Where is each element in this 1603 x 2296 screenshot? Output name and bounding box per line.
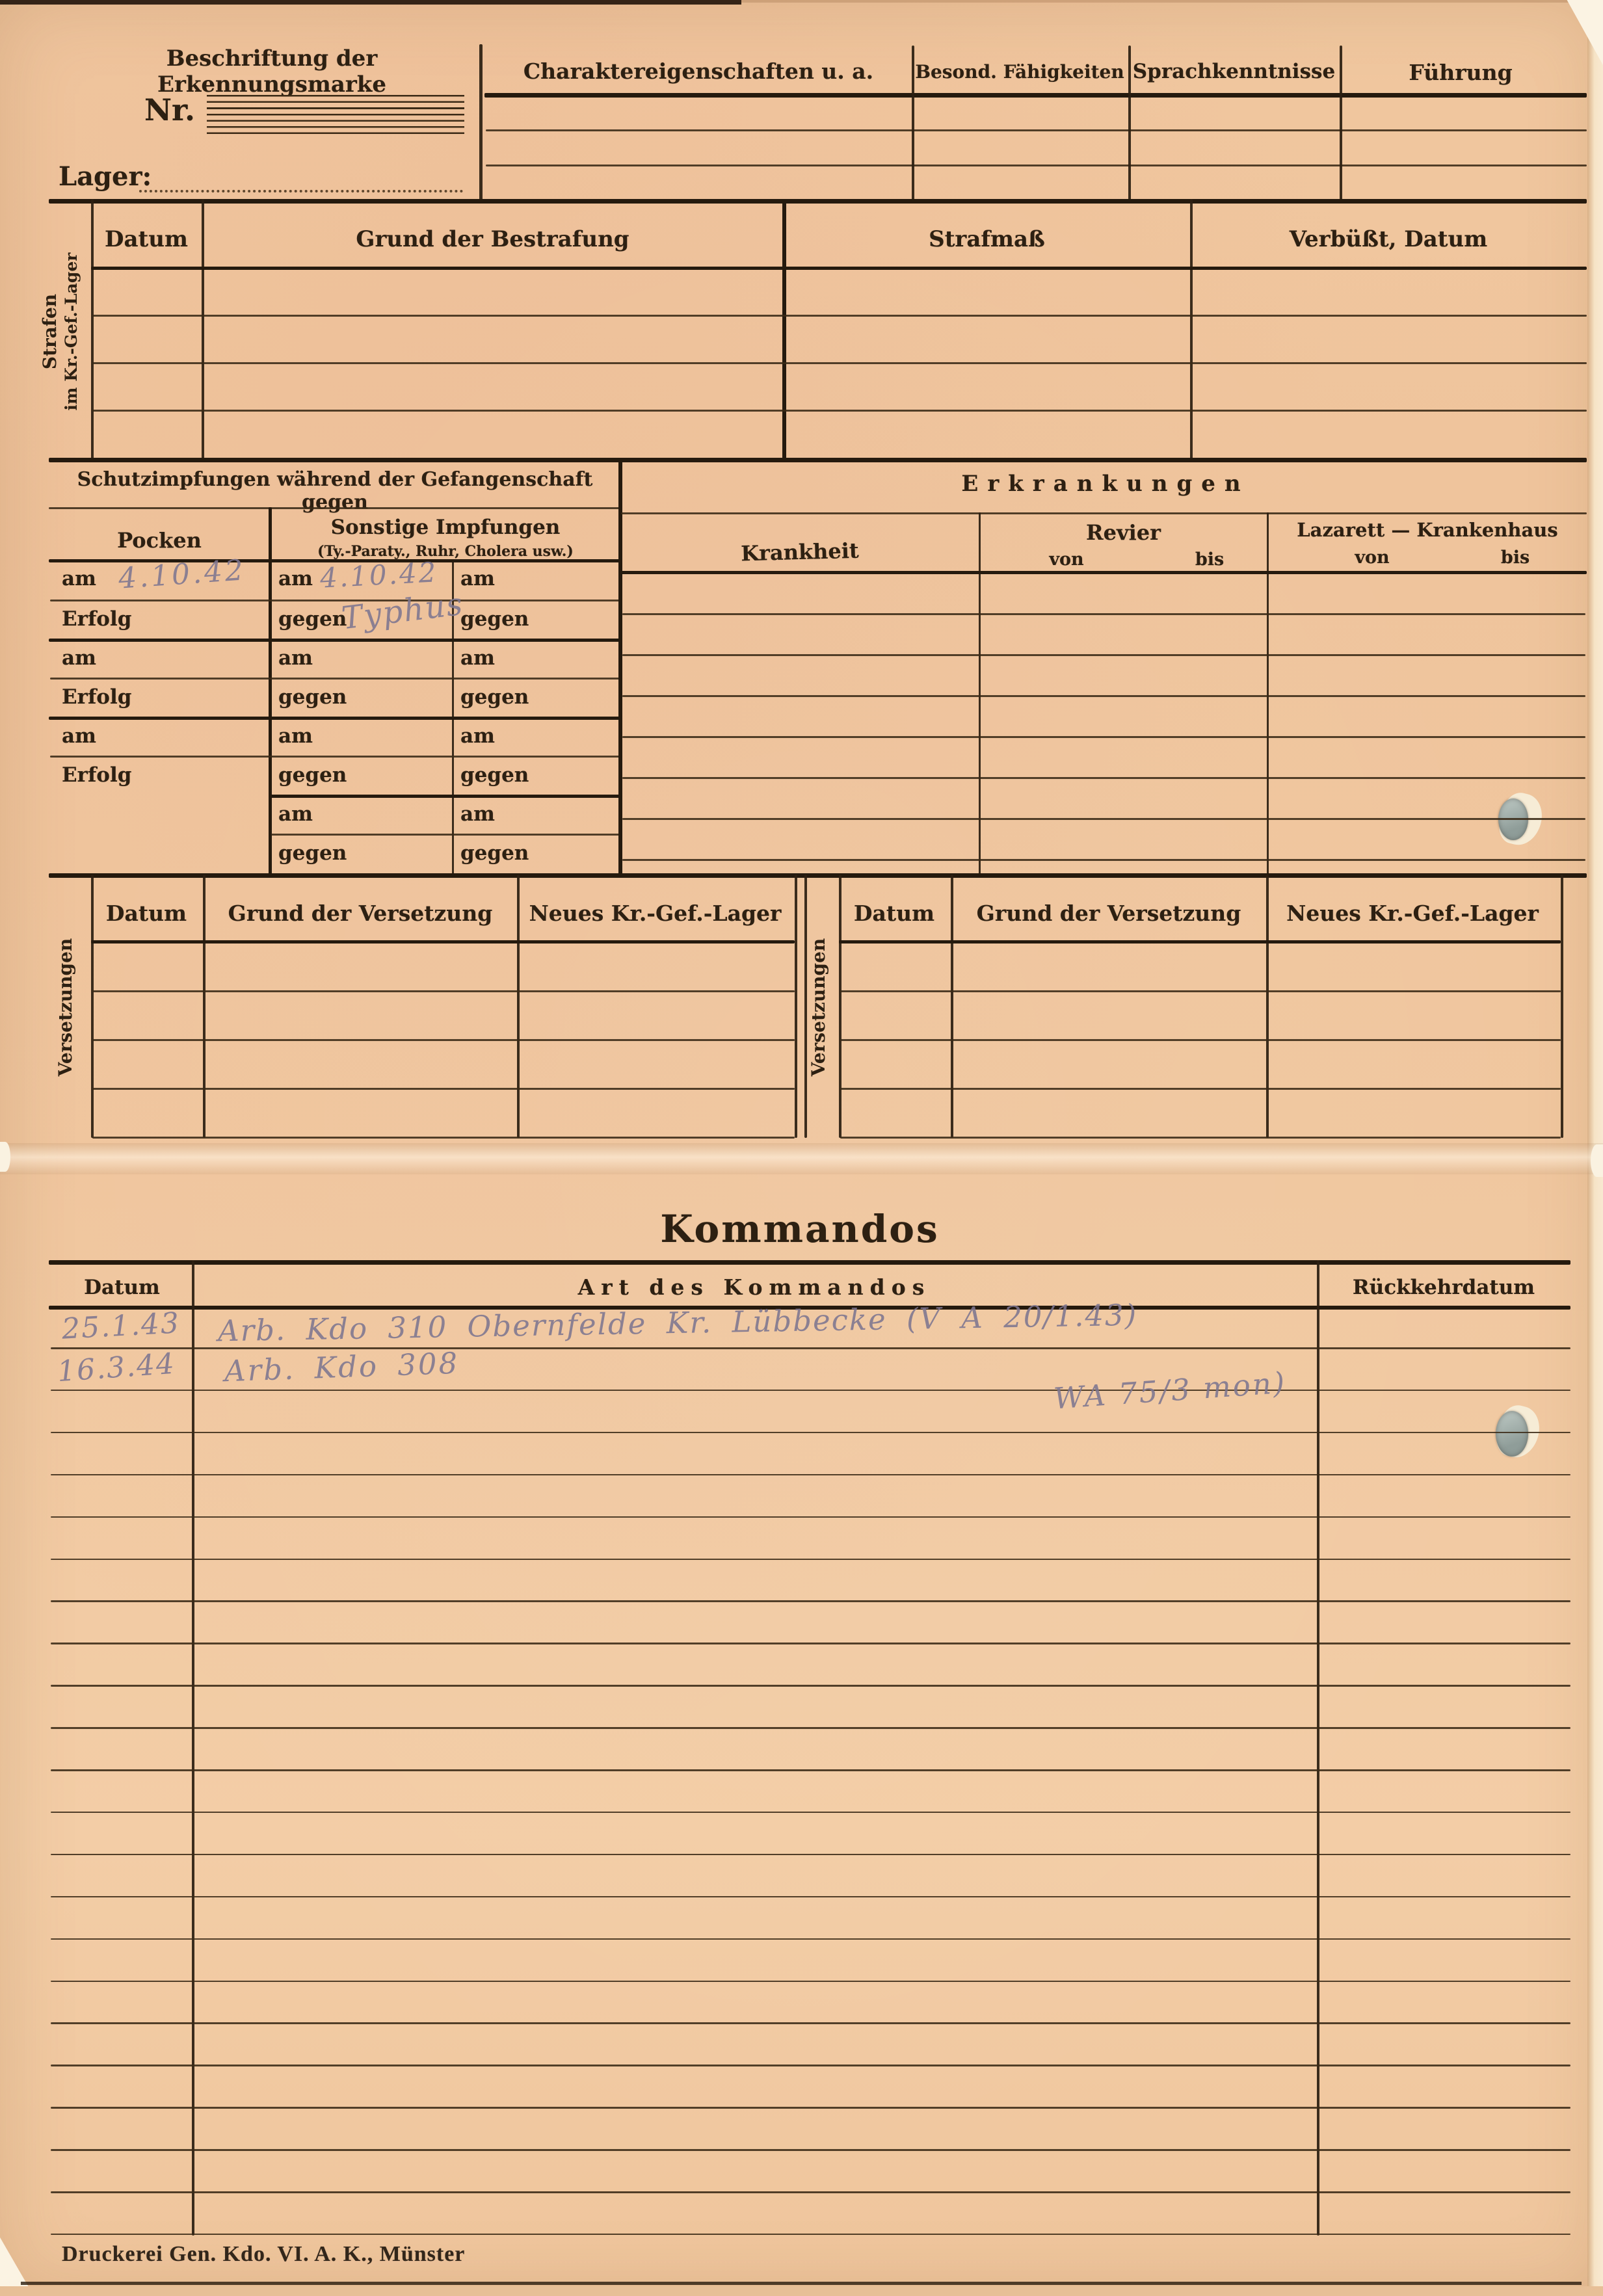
- ruled-line: [51, 1643, 1570, 1644]
- erkennungsmarke-number-ruled-lines: [207, 95, 464, 138]
- ruled-line: [622, 777, 1585, 779]
- erkrankungen-title-rule: [621, 512, 1587, 514]
- impfungen-am-label: am: [62, 724, 96, 748]
- versetzungen-row-line: [840, 990, 1561, 992]
- eigenschaften-col-divider: [1128, 46, 1131, 200]
- versetzungen-left-col-divider: [203, 875, 205, 1138]
- erkrankungen-revier-von: von: [1031, 549, 1102, 570]
- erkrankungen-header-lazarett: Lazarett — Krankenhaus: [1271, 519, 1583, 541]
- erkrankungen-col-divider: [1267, 512, 1269, 875]
- erkennungsmarke-title: Beschriftung der Erkennungsmarke: [57, 46, 486, 98]
- crease-notch-right: [1591, 1144, 1603, 1177]
- erkrankungen-col-divider: [979, 512, 981, 875]
- versetzungen-right-left-edge: [804, 875, 807, 1138]
- eigenschaften-row-line: [486, 165, 1587, 166]
- erkrankungen-title: Erkrankungen: [624, 471, 1587, 497]
- impfungen-header-sonstige-sub: (Ty.-Paraty., Ruhr, Cholera usw.): [273, 543, 618, 560]
- impfungen-am-label: am: [278, 567, 313, 590]
- crease-notch-left: [0, 1142, 10, 1172]
- punch-hole: [1496, 792, 1544, 849]
- impfungen-erfolg-label: Erfolg: [62, 607, 131, 631]
- ruled-line: [51, 2191, 1570, 2193]
- impfungen-am-label: am: [460, 724, 495, 748]
- versetzungen-left-right-edge: [795, 875, 797, 1138]
- versetzungen-left-sidelabel-divider: [91, 875, 94, 1138]
- punch-hole-opening: [1498, 798, 1528, 840]
- impfungen-erfolg-label: Erfolg: [62, 763, 131, 787]
- ruled-line: [622, 859, 1585, 861]
- versetzungen-bottom-line: [92, 1137, 795, 1139]
- impfungen-am-label: am: [278, 724, 313, 748]
- strafen-side-label-line1: Strafen: [39, 202, 61, 462]
- impfungen-am-label: am: [460, 567, 495, 590]
- ruled-line: [622, 654, 1585, 656]
- ruled-line: [51, 1769, 1570, 1771]
- ruled-line: [51, 1390, 1570, 1392]
- impfungen-header-sonstige: Sonstige Impfungen: [273, 516, 618, 539]
- versetzungen-header-grund: Grund der Versetzung: [956, 901, 1262, 926]
- versetzungen-right-col-divider: [951, 875, 953, 1138]
- strafen-header-rule: [91, 267, 1587, 270]
- kommandos-header-rueckkehrdatum: Rückkehrdatum: [1323, 1276, 1564, 1299]
- strafen-side-label-line2: im Kr.-Gef.-Lager: [61, 202, 82, 462]
- erkrankungen-lazarett-bis: bis: [1486, 548, 1544, 568]
- kommandos-header-datum: Datum: [62, 1276, 182, 1299]
- ruled-line: [51, 1854, 1570, 1856]
- strafen-header-datum: Datum: [94, 226, 198, 252]
- versetzungen-row-line: [92, 1088, 795, 1090]
- kommandos-col-divider: [192, 1260, 194, 2236]
- versetzungen-right-right-edge: [1561, 875, 1563, 1138]
- versetzungen-header-neues-lager: Neues Kr.-Gef.-Lager: [520, 901, 790, 926]
- versetzungen-side-label: Versetzungen: [808, 884, 835, 1131]
- impfungen-erkrankungen-divider: [618, 458, 622, 875]
- strafen-bottom-rule: [49, 458, 1587, 462]
- versetzungen-row-line: [92, 1039, 795, 1041]
- scan-top-edge-light: [741, 0, 1603, 3]
- erkrankungen-header-krankheit: Krankheit: [683, 536, 918, 567]
- fold-crease: [0, 1143, 1603, 1174]
- ruled-line: [51, 2107, 1570, 2109]
- kommandos-top-rule: [49, 1260, 1570, 1265]
- versetzungen-header-rule: [91, 940, 795, 943]
- impfungen-row-line: [50, 600, 621, 601]
- erkrankungen-header-rule: [621, 571, 1587, 574]
- strafen-col-divider: [782, 199, 786, 459]
- ruled-line: [51, 2149, 1570, 2151]
- versetzungen-header-datum: Datum: [94, 901, 198, 926]
- versetzungen-right-sidelabel-divider: [839, 875, 841, 1138]
- versetzungen-row-line: [840, 1088, 1561, 1090]
- ruled-line: [622, 818, 1585, 820]
- impfungen-group-rule: [270, 795, 621, 798]
- printer-imprint: Druckerei Gen. Kdo. VI. A. K., Münster: [62, 2242, 465, 2267]
- strafen-col-divider: [202, 199, 204, 459]
- ruled-line: [51, 1812, 1570, 1814]
- impfungen-erfolg-label: Erfolg: [62, 685, 131, 709]
- versetzungen-header-neues-lager: Neues Kr.-Gef.-Lager: [1269, 901, 1556, 926]
- paper-bottom-edge: [21, 2282, 1582, 2285]
- ruled-line: [51, 1516, 1570, 1518]
- impfungen-row-line: [50, 756, 621, 758]
- strafen-top-rule: [49, 199, 1587, 204]
- versetzungen-side-label: Versetzungen: [55, 884, 82, 1131]
- strafen-row-line: [92, 362, 1587, 364]
- ruled-line: [51, 1896, 1570, 1898]
- impfungen-row-line: [50, 678, 621, 680]
- ruled-line: [51, 1432, 1570, 1434]
- header-fuehrung: Führung: [1344, 60, 1578, 85]
- versetzungen-row-line: [92, 990, 795, 992]
- handwriting-kommando-2-art: Arb. Kdo 308: [224, 1346, 460, 1389]
- eigenschaften-header-rule: [484, 93, 1587, 98]
- versetzungen-header-rule: [839, 940, 1561, 943]
- versetzungen-bottom-line: [840, 1137, 1561, 1139]
- impfungen-gegen-label: gegen: [460, 763, 529, 787]
- strafen-side-label: Strafen im Kr.-Gef.-Lager: [39, 202, 94, 462]
- scan-bottom-strip: [0, 2286, 1603, 2296]
- ruled-line: [51, 2234, 1570, 2236]
- lager-dotted-line: [139, 168, 463, 192]
- handwriting-kommando-2-datum: 16.3.44: [56, 1347, 176, 1389]
- impfungen-am-label: am: [62, 567, 96, 590]
- impfungen-gegen-label: gegen: [278, 841, 347, 865]
- ruled-line: [51, 1938, 1570, 1940]
- eigenschaften-col-divider: [912, 46, 914, 200]
- handwriting-kommando-2-note: WA 75/3 mon): [1053, 1366, 1288, 1416]
- strafen-header-grund: Grund der Bestrafung: [205, 226, 780, 252]
- kommandos-header-art: Art des Kommandos: [488, 1274, 1021, 1300]
- ruled-line: [622, 736, 1585, 738]
- ruled-line: [51, 1559, 1570, 1561]
- ruled-line: [51, 1600, 1570, 1602]
- ruled-line: [51, 1685, 1570, 1687]
- versetzungen-right-col-divider: [1266, 875, 1269, 1138]
- impfungen-row-line: [271, 834, 621, 836]
- impfungen-am-label: am: [460, 646, 495, 670]
- impfungen-gegen-label: gegen: [460, 841, 529, 865]
- strafen-header-strafmass: Strafmaß: [787, 226, 1187, 252]
- impfungen-title-rule: [49, 507, 621, 509]
- versetzungen-row-line: [840, 1039, 1561, 1041]
- strafen-row-line: [92, 410, 1587, 412]
- ruled-line: [51, 1347, 1570, 1349]
- pow-record-card-scan: Beschriftung der Erkennungsmarke Nr. Lag…: [0, 0, 1603, 2296]
- punch-hole: [1493, 1405, 1544, 1464]
- ruled-line: [51, 1474, 1570, 1476]
- strafen-header-verbuesst: Verbüßt, Datum: [1193, 226, 1583, 252]
- eigenschaften-row-line: [486, 129, 1587, 131]
- erkrankungen-revier-bis: bis: [1180, 549, 1239, 570]
- impfungen-am-label: am: [460, 802, 495, 826]
- header-charaktereigenschaften: Charaktereigenschaften u. a.: [489, 59, 908, 84]
- erkrankungen-lazarett-von: von: [1340, 548, 1405, 568]
- scan-top-edge: [0, 0, 741, 5]
- ruled-line: [622, 613, 1585, 615]
- handwriting-sonstige-gegen: Typhus: [339, 586, 466, 637]
- header-besond-faehigkeiten: Besond. Fähigkeiten: [914, 61, 1125, 83]
- erkrankungen-header-revier: Revier: [982, 520, 1265, 545]
- lager-label: Lager:: [59, 161, 152, 192]
- handwriting-kommando-1-datum: 25.1.43: [61, 1306, 181, 1345]
- impfungen-group-rule: [49, 717, 621, 720]
- versetzungen-header-datum: Datum: [842, 901, 946, 926]
- impfungen-group-rule: [49, 639, 621, 642]
- impfungen-gegen-label: gegen: [278, 763, 347, 787]
- versetzungen-left-col-divider: [517, 875, 520, 1138]
- strafen-col-divider: [1190, 199, 1193, 459]
- header-sprachkenntnisse: Sprachkenntnisse: [1132, 60, 1336, 83]
- impfungen-am-label: am: [278, 802, 313, 826]
- nr-label: Nr.: [144, 92, 195, 127]
- impfungen-am-label: am: [62, 646, 96, 670]
- kommandos-title: Kommandos: [637, 1207, 962, 1251]
- ruled-line: [51, 1727, 1570, 1729]
- divider-erkennungsmarke-right: [479, 44, 483, 200]
- versetzungen-header-grund: Grund der Versetzung: [208, 901, 512, 926]
- impfungen-gegen-label: gegen: [460, 685, 529, 709]
- impfungen-gegen-label: gegen: [278, 607, 347, 631]
- ruled-line: [51, 2022, 1570, 2024]
- versetzungen-top-rule: [49, 873, 1587, 878]
- strafen-row-line: [92, 315, 1587, 317]
- ruled-line: [622, 695, 1585, 697]
- kommandos-col-divider: [1317, 1260, 1319, 2236]
- impfungen-am-label: am: [278, 646, 313, 670]
- impfungen-header-pocken: Pocken: [62, 528, 257, 553]
- eigenschaften-col-divider: [1340, 46, 1342, 200]
- impfungen-gegen-label: gegen: [460, 607, 529, 631]
- strafen-sidelabel-divider: [91, 199, 94, 459]
- impfungen-gegen-label: gegen: [278, 685, 347, 709]
- ruled-line: [51, 1981, 1570, 1983]
- handwriting-sonstige-date: 4.10.42: [319, 556, 439, 594]
- punch-hole-opening: [1496, 1411, 1528, 1457]
- ruled-line: [51, 2065, 1570, 2066]
